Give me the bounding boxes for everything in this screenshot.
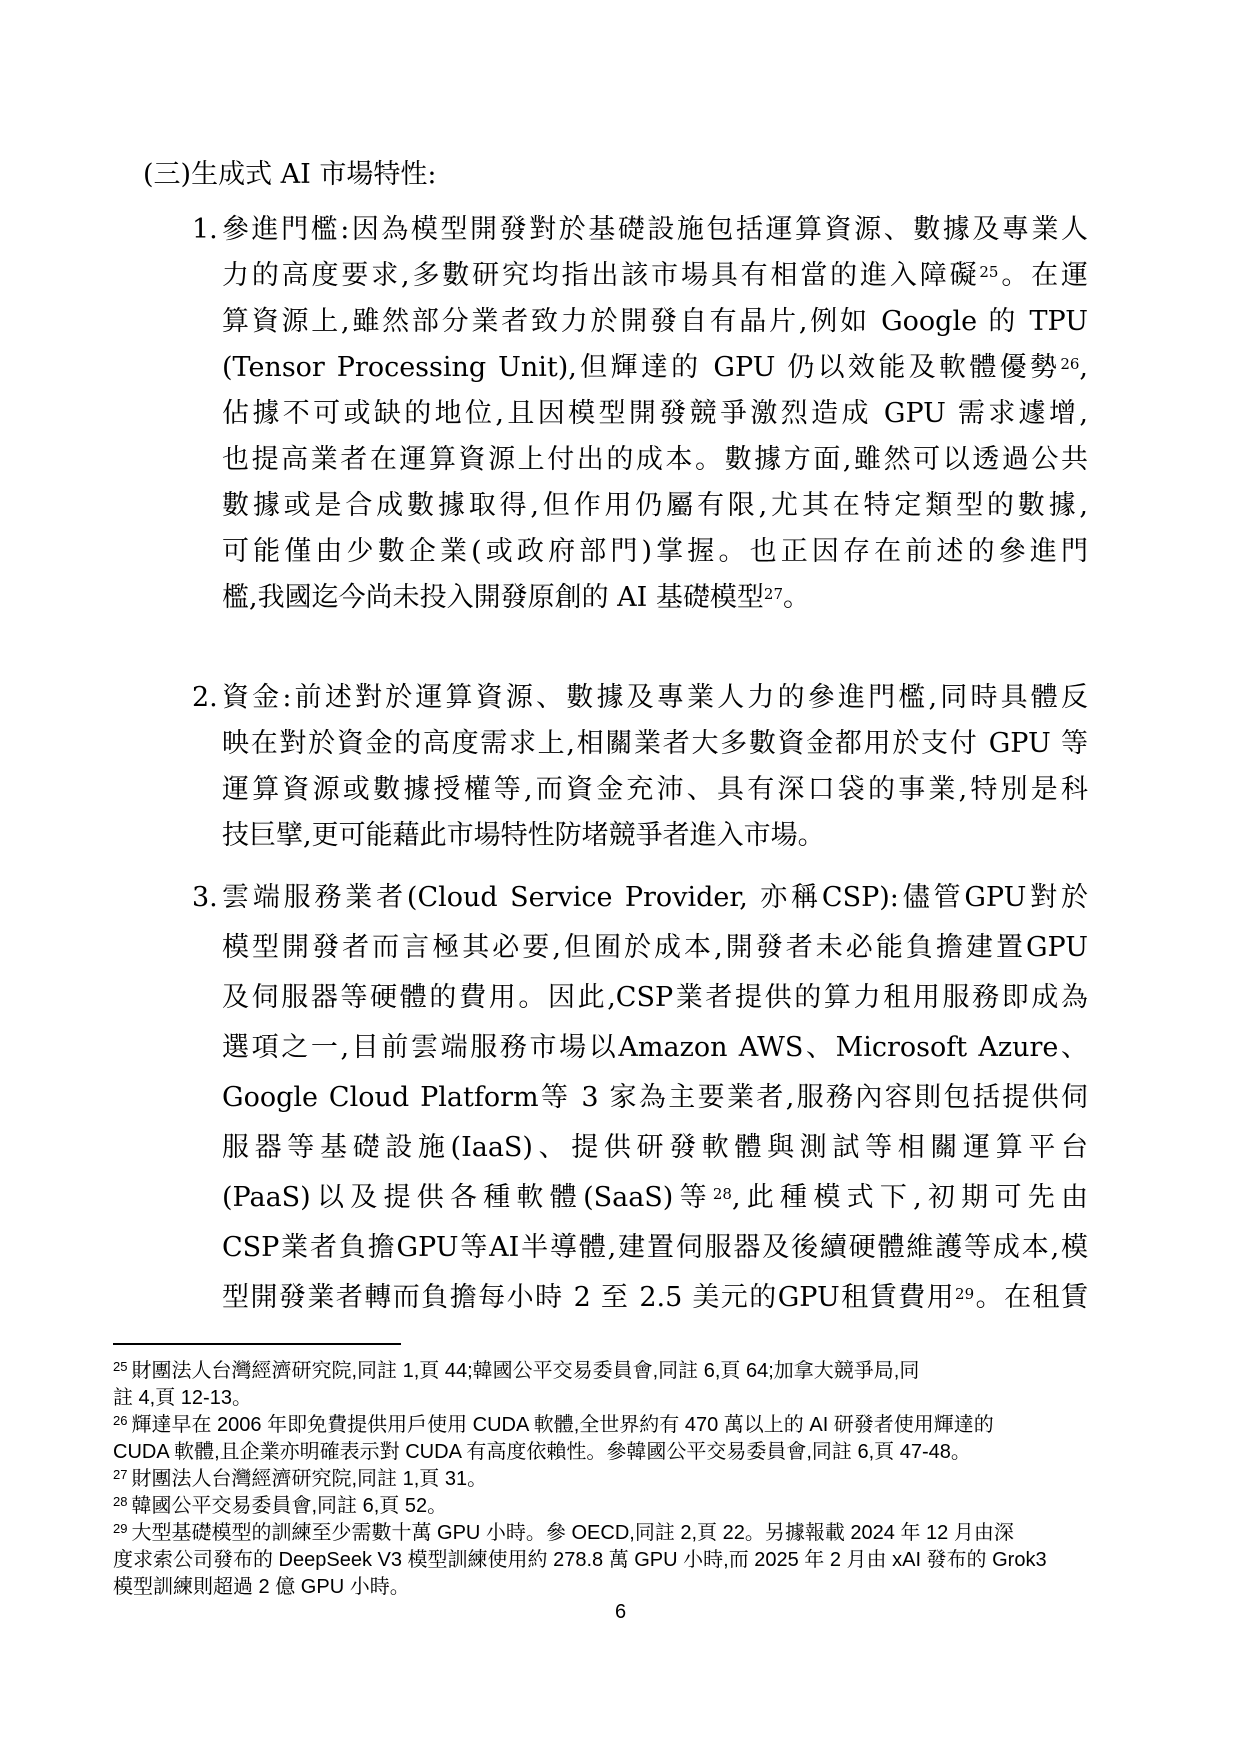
body-line: 映在對於資金的高度需求上,相關業者大多數資金都用於支付 GPU 等 [222, 721, 1088, 767]
body-line: 數據或是合成數據取得,但作用仍屬有限,尤其在特定類型的數據, [222, 483, 1088, 529]
footnote-number-26: 26 [113, 1413, 127, 1428]
footnote-line: CUDA 軟體,且企業亦明確表示對 CUDA 有高度依賴性。參韓國公平交易委員會… [113, 1439, 1118, 1466]
body-line: 佔據不可或缺的地位,且因模型開發競爭激烈造成 GPU 需求遽增, [222, 391, 1088, 437]
body-line: 檻,我國迄今尚未投入開發原創的 AI 基礎模型27。 [222, 575, 1088, 621]
body-line: 技巨擘,更可能藉此市場特性防堵競爭者進入市場。 [222, 813, 1088, 859]
footnote-line: 29大型基礎模型的訓練至少需數十萬 GPU 小時。參 OECD,同註 2,頁 2… [113, 1520, 1118, 1547]
footnotes: 25財團法人台灣經濟研究院,同註 1,頁 44;韓國公平交易委員會,同註 6,頁… [113, 1358, 1118, 1601]
footnote-ref-26: 26 [1060, 355, 1079, 373]
footnote-line: 27財團法人台灣經濟研究院,同註 1,頁 31。 [113, 1466, 1118, 1493]
document-page: (三)生成式 AI 市場特性: 1. 參進門檻:因為模型開發對於基礎設施包括運算… [0, 0, 1241, 1755]
body-line: (Tensor Processing Unit),但輝達的 GPU 仍以效能及軟… [222, 345, 1088, 391]
footnote-number-27: 27 [113, 1467, 127, 1482]
body-line: 型開發業者轉而負擔每小時 2 至 2.5 美元的GPU租賃費用29。在租賃 [222, 1273, 1088, 1323]
body-line: 模型開發者而言極其必要,但囿於成本,開發者未必能負擔建置GPU [222, 923, 1088, 973]
footnote-text: 財團法人台灣經濟研究院,同註 1,頁 44;韓國公平交易委員會,同註 6,頁 6… [131, 1360, 919, 1382]
body-line: 算資源上,雖然部分業者致力於開發自有晶片,例如 Google 的 TPU [222, 299, 1088, 345]
body-line: 及伺服器等硬體的費用。因此,CSP業者提供的算力租用服務即成為 [222, 973, 1088, 1023]
list-item-2: 2. 資金:前述對於運算資源、數據及專業人力的參進門檻,同時具體反 映在對於資金… [192, 675, 1088, 859]
footnote-line: 註 4,頁 12-13。 [113, 1385, 1118, 1412]
footnote-text: 韓國公平交易委員會,同註 6,頁 52。 [131, 1495, 447, 1517]
footnote-ref-25: 25 [979, 263, 998, 281]
item-number: 3. [192, 873, 218, 923]
body-line-segment: 檻,我國迄今尚未投入開發原創的 AI 基礎模型 [222, 582, 764, 613]
body-line-segment: ,此種模式下,初期可先由 [732, 1182, 1088, 1213]
footnote-number-28: 28 [113, 1494, 127, 1509]
footnote-line: 28韓國公平交易委員會,同註 6,頁 52。 [113, 1493, 1118, 1520]
item-text: 雲端服務業者(Cloud Service Provider, 亦稱CSP):儘管… [222, 873, 1088, 1323]
body-line: 參進門檻:因為模型開發對於基礎設施包括運算資源、數據及專業人 [222, 207, 1088, 253]
item-number: 1. [192, 207, 218, 253]
item-text: 參進門檻:因為模型開發對於基礎設施包括運算資源、數據及專業人 力的高度要求,多數… [222, 207, 1088, 621]
body-line: 力的高度要求,多數研究均指出該市場具有相當的進入障礙25。在運 [222, 253, 1088, 299]
body-line-segment: 力的高度要求,多數研究均指出該市場具有相當的進入障礙 [222, 260, 979, 291]
body-line: 也提高業者在運算資源上付出的成本。數據方面,雖然可以透過公共 [222, 437, 1088, 483]
section-heading: (三)生成式 AI 市場特性: [143, 155, 437, 195]
body-line: 服器等基礎設施(IaaS)、提供研發軟體與測試等相關運算平台 [222, 1123, 1088, 1173]
body-line: 運算資源或數據授權等,而資金充沛、具有深口袋的事業,特別是科 [222, 767, 1088, 813]
footnote-line: 26輝達早在 2006 年即免費提供用戶使用 CUDA 軟體,全世界約有 470… [113, 1412, 1118, 1439]
item-text: 資金:前述對於運算資源、數據及專業人力的參進門檻,同時具體反 映在對於資金的高度… [222, 675, 1088, 859]
body-line: (PaaS)以及提供各種軟體(SaaS)等28,此種模式下,初期可先由 [222, 1173, 1088, 1223]
body-line-segment: 。 [783, 582, 810, 613]
list-item-3: 3. 雲端服務業者(Cloud Service Provider, 亦稱CSP)… [192, 873, 1088, 1323]
footnote-number-29: 29 [113, 1521, 127, 1536]
footnote-text: 輝達早在 2006 年即免費提供用戶使用 CUDA 軟體,全世界約有 470 萬… [131, 1414, 993, 1436]
footnote-line: 度求索公司發布的 DeepSeek V3 模型訓練使用約 278.8 萬 GPU… [113, 1547, 1118, 1574]
footnote-ref-28: 28 [713, 1185, 732, 1203]
footnote-number-25: 25 [113, 1359, 127, 1374]
list-item-1: 1. 參進門檻:因為模型開發對於基礎設施包括運算資源、數據及專業人 力的高度要求… [192, 207, 1088, 621]
body-line: 可能僅由少數企業(或政府部門)掌握。也正因存在前述的參進門 [222, 529, 1088, 575]
body-line: 資金:前述對於運算資源、數據及專業人力的參進門檻,同時具體反 [222, 675, 1088, 721]
footnote-line: 25財團法人台灣經濟研究院,同註 1,頁 44;韓國公平交易委員會,同註 6,頁… [113, 1358, 1118, 1385]
body-line: 選項之一,目前雲端服務市場以Amazon AWS、Microsoft Azure… [222, 1023, 1088, 1073]
item-number: 2. [192, 675, 218, 721]
body-line-segment: (Tensor Processing Unit),但輝達的 GPU 仍以效能及軟… [222, 352, 1060, 383]
footnote-line: 模型訓練則超過 2 億 GPU 小時。 [113, 1574, 1118, 1601]
body-line-segment: 。在租賃 [974, 1282, 1088, 1313]
footnote-text: 財團法人台灣經濟研究院,同註 1,頁 31。 [131, 1468, 487, 1490]
footnote-separator [113, 1343, 401, 1345]
body-line-segment: (PaaS)以及提供各種軟體(SaaS)等 [222, 1182, 713, 1213]
body-line: CSP業者負擔GPU等AI半導體,建置伺服器及後續硬體維護等成本,模 [222, 1223, 1088, 1273]
page-number: 6 [0, 1599, 1241, 1625]
footnote-ref-27: 27 [764, 585, 783, 603]
body-line: 雲端服務業者(Cloud Service Provider, 亦稱CSP):儘管… [222, 873, 1088, 923]
body-line: Google Cloud Platform等 3 家為主要業者,服務內容則包括提… [222, 1073, 1088, 1123]
body-line-segment: 。在運 [998, 260, 1088, 291]
footnote-text: 大型基礎模型的訓練至少需數十萬 GPU 小時。參 OECD,同註 2,頁 22。… [131, 1522, 1013, 1544]
footnote-ref-29: 29 [955, 1285, 974, 1303]
body-line-segment: , [1079, 352, 1088, 383]
body-line-segment: 型開發業者轉而負擔每小時 2 至 2.5 美元的GPU租賃費用 [222, 1282, 955, 1313]
